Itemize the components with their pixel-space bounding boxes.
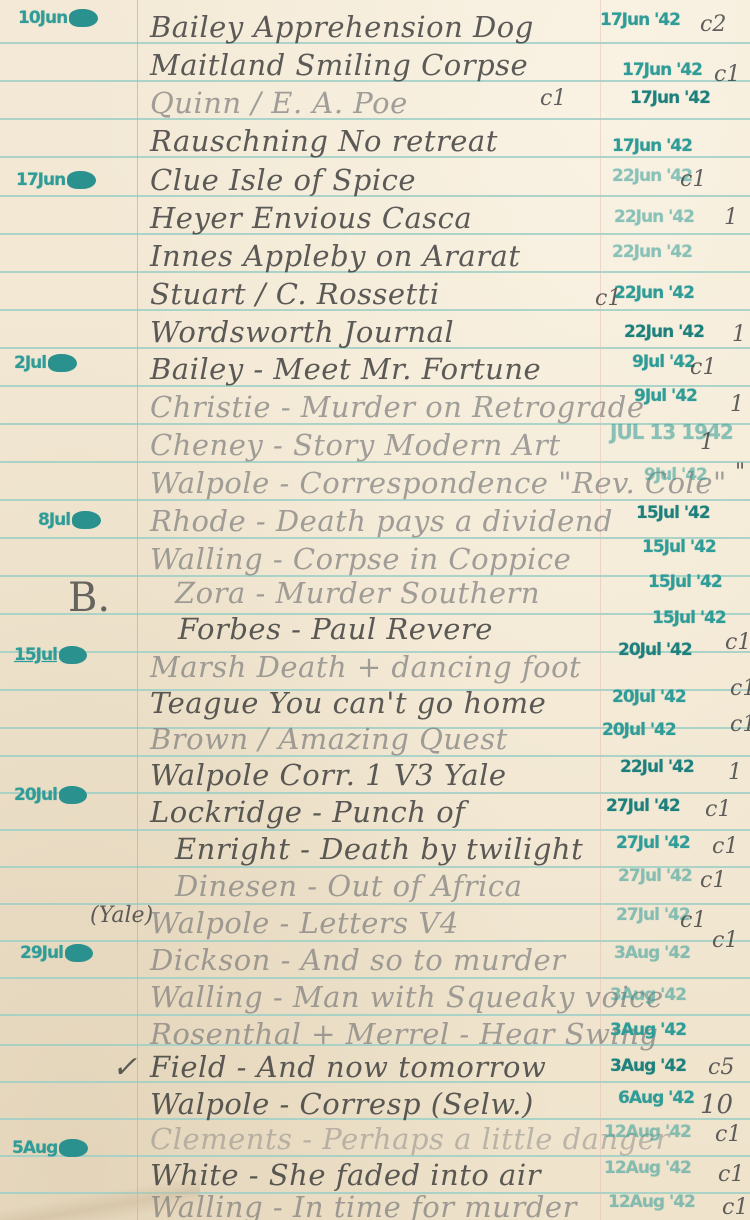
ledger-entry: Christie - Murder on Retrograde xyxy=(150,390,645,424)
rule-line xyxy=(0,1014,750,1016)
due-date-stamp: 27Jul '42 xyxy=(616,905,690,925)
ledger-entry: Innes Appleby on Ararat xyxy=(150,239,521,273)
ledger-entry: Zora - Murder Southern xyxy=(175,576,540,610)
ledger-entry: Walpole - Letters V4 xyxy=(150,906,459,940)
ledger-entry: Stuart / C. Rossetti xyxy=(150,277,440,311)
copy-note: c1 xyxy=(722,1195,748,1220)
due-date-stamp: 17Jun '42 xyxy=(622,60,702,80)
ledger-entry: White - She faded into air xyxy=(150,1158,541,1192)
margin-note-yale: (Yale) xyxy=(90,903,153,928)
due-date-stamp: 12Aug '42 xyxy=(604,1158,691,1178)
copy-note: 1 xyxy=(728,760,742,785)
date-stamp: 15Jul'42 xyxy=(14,645,87,665)
date-stamp: 17Jun'42 xyxy=(16,170,96,190)
due-date-stamp: 3Aug '42 xyxy=(610,985,686,1005)
due-date-stamp: 3Aug '42 xyxy=(610,1020,686,1040)
copy-note: c1 xyxy=(712,928,738,953)
ledger-entry: Walpole - Corresp (Selw.) xyxy=(150,1087,534,1121)
rule-line xyxy=(0,940,750,942)
rule-line xyxy=(0,792,750,794)
copy-note: c2 xyxy=(700,12,726,37)
due-date-stamp: 6Aug '42 xyxy=(618,1088,694,1108)
due-date-stamp: 15Jul '42 xyxy=(648,572,722,592)
ledger-entry: Walling - In time for murder xyxy=(150,1190,577,1220)
due-date-stamp: 22Jun '42 xyxy=(624,322,704,342)
ledger-entry: Walling - Corpse in Coppice xyxy=(150,542,571,576)
copy-note: 1 xyxy=(700,430,714,455)
ledger-entry: Bailey Apprehension Dog xyxy=(150,10,534,44)
copy-note: c1 xyxy=(680,167,706,192)
copy-note: c1 xyxy=(725,630,750,655)
ledger-entry: Walpole Corr. 1 V3 Yale xyxy=(150,758,507,792)
date-stamp: 2Jul'42 xyxy=(14,353,77,373)
copy-note: 1 xyxy=(724,205,738,230)
ledger-entry: Forbes - Paul Revere xyxy=(178,612,493,646)
due-date-stamp: 20Jul '42 xyxy=(602,720,676,740)
copy-note: c1 xyxy=(714,62,740,87)
due-date-stamp: 15Jul '42 xyxy=(636,503,710,523)
due-date-stamp: 20Jul '42 xyxy=(612,687,686,707)
ledger-entry: Brown / Amazing Quest xyxy=(150,722,508,756)
copy-note: c1 xyxy=(705,797,731,822)
ledger-entry: Quinn / E. A. Poe xyxy=(150,86,408,120)
ledger-entry: Lockridge - Punch of xyxy=(150,795,465,829)
due-date-stamp: 15Jul '42 xyxy=(652,608,726,628)
copy-note: c5 xyxy=(708,1055,734,1080)
ledger-entry: Field - And now tomorrow xyxy=(150,1050,546,1084)
copy-note: 1 xyxy=(732,322,746,347)
ledger-entry: Marsh Death + dancing foot xyxy=(150,650,581,684)
rule-line xyxy=(0,977,750,979)
due-date-stamp: 27Jul '42 xyxy=(618,866,692,886)
due-date-stamp: 17Jun '42 xyxy=(612,136,692,156)
checkmark-icon: ✓ xyxy=(112,1050,137,1085)
copy-note: " xyxy=(735,460,745,485)
ledger-entry: Rauschning No retreat xyxy=(150,124,498,158)
ledger-entry: Bailey - Meet Mr. Fortune xyxy=(150,352,541,386)
copy-note: 1 xyxy=(730,392,744,417)
rule-line xyxy=(0,829,750,831)
due-date-stamp: 9Jul '42 xyxy=(634,386,697,406)
copy-note: c1 xyxy=(712,834,738,859)
ledger-entry: Cheney - Story Modern Art xyxy=(150,428,561,462)
copy-note: c1 xyxy=(715,1122,741,1147)
copy-note: c1 xyxy=(595,286,621,311)
copy-note: c1 xyxy=(730,712,750,737)
copy-note: c1 xyxy=(680,908,706,933)
ledger-entry: Teague You can't go home xyxy=(150,686,546,720)
date-stamp: 10Jun'42 xyxy=(18,8,98,28)
due-date-stamp: 27Jul '42 xyxy=(616,833,690,853)
ledger-entry: Walpole - Correspondence "Rev. Cole" xyxy=(150,466,727,500)
ledger-entry: Enright - Death by twilight xyxy=(175,832,583,866)
copy-note: c1 xyxy=(690,355,716,380)
due-date-stamp: 15Jul '42 xyxy=(642,537,716,557)
margin-mark-b: B. xyxy=(68,575,110,621)
due-date-stamp: 3Aug '42 xyxy=(610,1056,686,1076)
due-date-stamp: 3Aug '42 xyxy=(614,943,690,963)
copy-note: 10 xyxy=(700,1090,733,1120)
copy-note: c1 xyxy=(700,868,726,893)
due-date-stamp: 9Jul '42 xyxy=(632,352,695,372)
ledger-entry: Wordsworth Journal xyxy=(150,315,454,349)
due-date-stamp: 17Jun '42 xyxy=(600,10,680,30)
ledger-entry: Rhode - Death pays a dividend xyxy=(150,504,613,538)
ledger-entry: Walling - Man with Squeaky voice xyxy=(150,980,664,1014)
due-date-stamp: 22Jun '42 xyxy=(614,207,694,227)
due-date-stamp: 12Aug '42 xyxy=(604,1122,691,1142)
ledger-entry: Maitland Smiling Corpse xyxy=(150,48,528,82)
ledger-entry: Clements - Perhaps a little danger xyxy=(150,1122,670,1156)
date-stamp: 29Jul'42 xyxy=(20,943,93,963)
date-stamp: 5Aug'42 xyxy=(12,1138,88,1158)
copy-note: c1 xyxy=(540,86,566,111)
ledger-entry: Dinesen - Out of Africa xyxy=(175,869,522,903)
ledger-entry: Clue Isle of Spice xyxy=(150,163,416,197)
left-margin-line xyxy=(137,0,138,1220)
due-date-stamp: 22Jun '42 xyxy=(614,283,694,303)
copy-note: c1 xyxy=(730,676,750,701)
due-date-stamp: 17Jun '42 xyxy=(630,88,710,108)
due-date-stamp: 27Jul '42 xyxy=(606,796,680,816)
copy-note: c1 xyxy=(718,1162,744,1187)
due-date-stamp: 12Aug '42 xyxy=(608,1192,695,1212)
due-date-stamp: 20Jul '42 xyxy=(618,640,692,660)
due-date-stamp: JUL 13 1942 xyxy=(610,420,733,444)
due-date-stamp: 22Jul '42 xyxy=(620,757,694,777)
ledger-entry: Dickson - And so to murder xyxy=(150,943,566,977)
date-stamp: 20Jul'42 xyxy=(14,785,87,805)
due-date-stamp: 9Jul '42 xyxy=(644,465,707,485)
due-date-stamp: 22Jun '42 xyxy=(612,242,692,262)
ledger-entry: Heyer Envious Casca xyxy=(150,201,472,235)
date-stamp: 8Jul'42 xyxy=(38,510,101,530)
ledger-entry: Rosenthal + Merrel - Hear Swing xyxy=(150,1017,658,1051)
